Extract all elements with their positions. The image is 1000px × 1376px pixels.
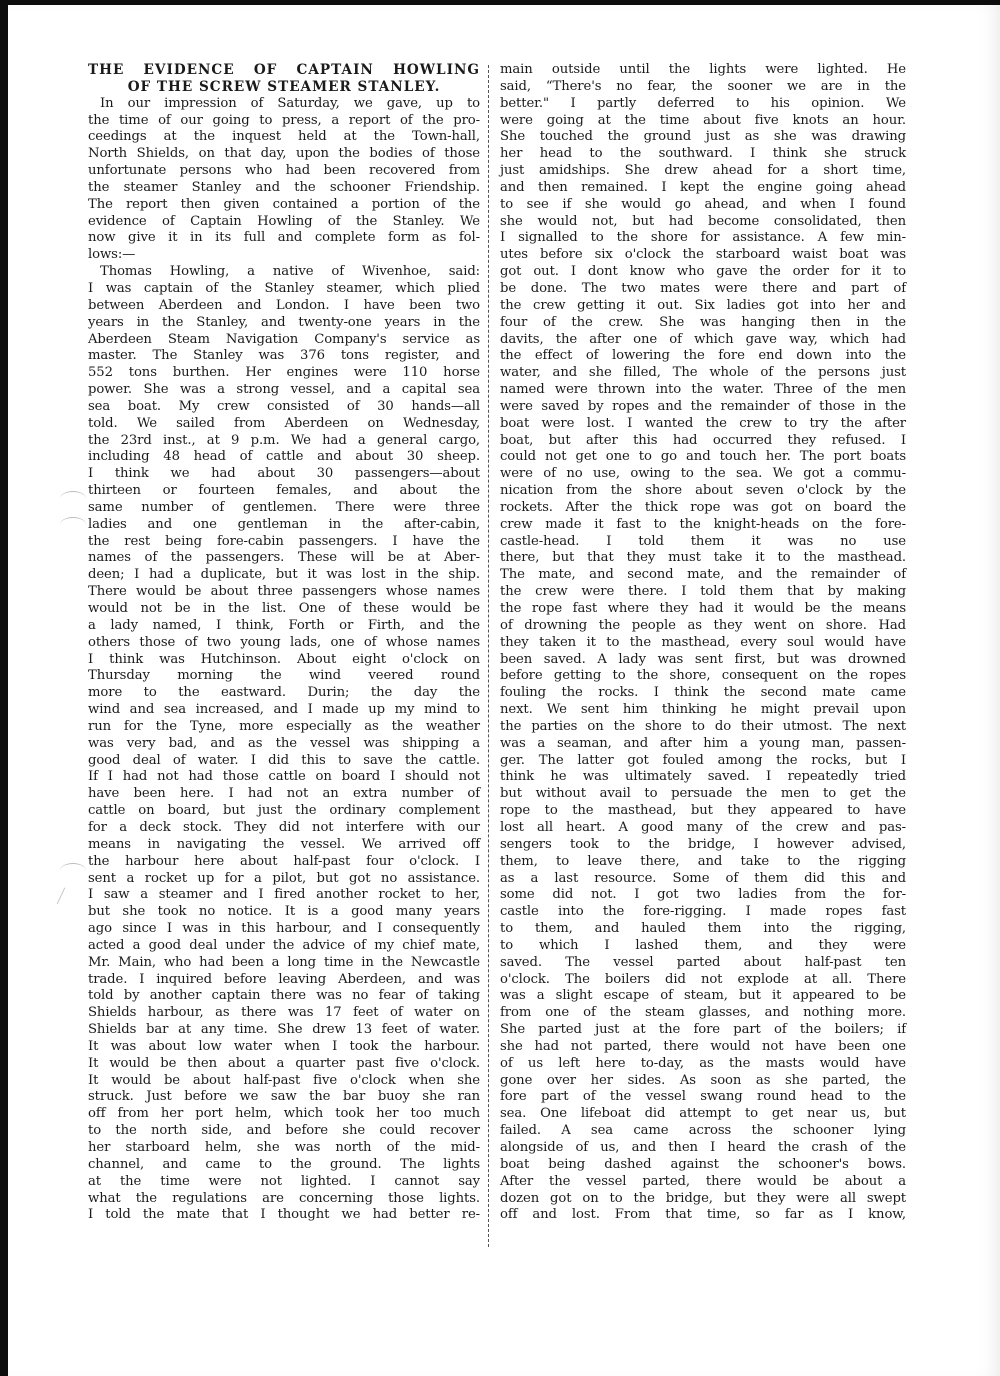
text-line: years in the Stanley, and twenty-one yea… [88, 315, 480, 332]
text-line: Shields harbour, as there was 17 feet of… [88, 1005, 480, 1022]
text-line: of us left here to-day, as the masts wou… [500, 1056, 906, 1073]
text-line: boat being dashed against the schooner's… [500, 1157, 906, 1174]
text-line: water, and she filled, The whole of the … [500, 365, 906, 382]
text-line: saved. The vessel parted about half-past… [500, 955, 906, 972]
text-line: could not get one to go and touch her. T… [500, 449, 906, 466]
text-line: the crew were there. I told them that by… [500, 584, 906, 601]
text-line: was a seaman, and after him a young man,… [500, 736, 906, 753]
text-line: main outside until the lights were light… [500, 62, 906, 79]
text-line: After the vessel parted, there would be … [500, 1174, 906, 1191]
text-line: and then remained. I kept the engine goi… [500, 180, 906, 197]
text-line: I was captain of the Stanley steamer, wh… [88, 281, 480, 298]
text-line: said, “There's no fear, the sooner we ar… [500, 79, 906, 96]
text-line: nication from the shore about seven o'cl… [500, 483, 906, 500]
text-line: to see if she would go ahead, and when I… [500, 197, 906, 214]
text-line: trade. I inquired before leaving Aberdee… [88, 972, 480, 989]
text-line: It was about low water when I took the h… [88, 1039, 480, 1056]
text-line: cattle on board, but just the ordinary c… [88, 803, 480, 820]
text-line: Thomas Howling, a native of Wivenhoe, sa… [88, 264, 480, 281]
text-line: fouling the rocks. I think the second ma… [500, 685, 906, 702]
headline-line-2: OF THE SCREW STEAMER STANLEY. [88, 79, 480, 96]
text-line: at the time were not lighted. I cannot s… [88, 1174, 480, 1191]
text-line: struck. Just before we saw the bar buoy … [88, 1089, 480, 1106]
text-line: next. We sent him thinking he might prev… [500, 702, 906, 719]
text-line: the effect of lowering the fore end down… [500, 348, 906, 365]
text-line: acted a good deal under the advice of my… [88, 938, 480, 955]
text-line: them, to leave there, and take to the ri… [500, 854, 906, 871]
text-line: North Shields, on that day, upon the bod… [88, 146, 480, 163]
text-line: ceedings at the inquest held at the Town… [88, 129, 480, 146]
text-line: boat, but after this had occurred they r… [500, 433, 906, 450]
text-line: I signalled to the shore for assistance.… [500, 230, 906, 247]
text-line: failed. A sea came across the schooner l… [500, 1123, 906, 1140]
text-line: The mate, and second mate, and the remai… [500, 567, 906, 584]
text-line: Mr. Main, who had been a long time in th… [88, 955, 480, 972]
text-line: think he was ultimately saved. I repeate… [500, 769, 906, 786]
text-line: same number of gentlemen. There were thr… [88, 500, 480, 517]
text-line: now give it in its full and complete for… [88, 230, 480, 247]
text-line: the rest being fore-cabin passengers. I … [88, 534, 480, 551]
newspaper-page: THE EVIDENCE OF CAPTAIN HOWLING OF THE S… [8, 5, 1000, 1376]
text-line: evidence of Captain Howling of the Stanl… [88, 214, 480, 231]
text-line: of drowning the people as they went on s… [500, 618, 906, 635]
text-line: to the north side, and before she could … [88, 1123, 480, 1140]
text-line: to which I lashed them, and they were [500, 938, 906, 955]
right-column: main outside until the lights were light… [500, 62, 906, 1224]
text-line: Thursday morning the wind veered round [88, 668, 480, 685]
text-line: utes before six o'clock the starboard wa… [500, 247, 906, 264]
text-line: rope to the masthead, but they appeared … [500, 803, 906, 820]
text-line: but without avail to persuade the men to… [500, 786, 906, 803]
text-line: were saved by ropes and the remainder of… [500, 399, 906, 416]
text-line: 552 tons burthen. Her engines were 110 h… [88, 365, 480, 382]
text-line: she had not parted, there would not have… [500, 1039, 906, 1056]
left-column: THE EVIDENCE OF CAPTAIN HOWLING OF THE S… [88, 62, 480, 1224]
margin-pencil-mark [60, 517, 86, 532]
text-line: crew made it fast to the knight-heads on… [500, 517, 906, 534]
text-line: off and lost. From that time, so far as … [500, 1207, 906, 1224]
text-line: four of the crew. She was hanging then i… [500, 315, 906, 332]
text-line: unfortunate persons who had been recover… [88, 163, 480, 180]
right-column-body: main outside until the lights were light… [500, 62, 906, 1224]
text-line: deen; I had a duplicate, but it was lost… [88, 567, 480, 584]
text-line: were going at the time about five knots … [500, 113, 906, 130]
text-line: others those of two young lads, one of w… [88, 635, 480, 652]
text-line: just amidships. She drew ahead for a sho… [500, 163, 906, 180]
text-line: were of no use, owing to the sea. We got… [500, 466, 906, 483]
text-line: named were thrown into the water. Three … [500, 382, 906, 399]
text-line: ger. The latter got fouled among the roc… [500, 753, 906, 770]
text-line: sengers took to the bridge, I however ad… [500, 837, 906, 854]
text-line: o'clock. The boilers did not explode at … [500, 972, 906, 989]
headline-line-1: THE EVIDENCE OF CAPTAIN HOWLING [88, 62, 480, 79]
text-line: castle-head. I told them it was no use [500, 534, 906, 551]
text-line: boat were lost. I wanted the crew to try… [500, 416, 906, 433]
text-line: as a last resource. Some of them did thi… [500, 871, 906, 888]
text-line: wind and sea increased, and I made up my… [88, 702, 480, 719]
text-line: the harbour here about half-past four o'… [88, 854, 480, 871]
text-line: There would be about three passengers wh… [88, 584, 480, 601]
text-line: It would be about half-past five o'clock… [88, 1073, 480, 1090]
text-line: what the regulations are concerning thos… [88, 1191, 480, 1208]
text-line: the parties on the shore to do their utm… [500, 719, 906, 736]
text-line: but she took no notice. It is a good man… [88, 904, 480, 921]
text-line: good deal of water. I did this to save t… [88, 753, 480, 770]
text-line: lows:— [88, 247, 480, 264]
text-line: between Aberdeen and London. I have been… [88, 298, 480, 315]
text-line: names of the passengers. These will be a… [88, 550, 480, 567]
text-line: ago since I was in this harbour, and I c… [88, 921, 480, 938]
text-line: dozen got on to the bridge, but they wer… [500, 1191, 906, 1208]
text-line: alongside of us, and then I heard the cr… [500, 1140, 906, 1157]
text-line: the time of our going to press, a report… [88, 113, 480, 130]
text-line: fore part of the vessel swang round head… [500, 1089, 906, 1106]
text-line: If I had not had those cattle on board I… [88, 769, 480, 786]
text-line: I told the mate that I thought we had be… [88, 1207, 480, 1224]
text-line: channel, and came to the ground. The lig… [88, 1157, 480, 1174]
text-line: rockets. After the thick rope was got on… [500, 500, 906, 517]
text-line: In our impression of Saturday, we gave, … [88, 96, 480, 113]
text-line: would not be in the list. One of these w… [88, 601, 480, 618]
text-line: was very bad, and as the vessel was ship… [88, 736, 480, 753]
text-line: sent a rocket up for a pilot, but got no… [88, 871, 480, 888]
text-line: power. She was a strong vessel, and a ca… [88, 382, 480, 399]
text-line: including 48 head of cattle and about 30… [88, 449, 480, 466]
text-line: sea boat. My crew consisted of 30 hands—… [88, 399, 480, 416]
margin-pencil-mark [60, 863, 86, 878]
text-line: means in navigating the vessel. We arriv… [88, 837, 480, 854]
text-line: there, but that they must take it to the… [500, 550, 906, 567]
text-line: for a deck stock. They did not interfere… [88, 820, 480, 837]
text-line: ladies and one gentleman in the after-ca… [88, 517, 480, 534]
text-line: castle into the fore-rigging. I made rop… [500, 904, 906, 921]
text-line: the crew getting it out. Six ladies got … [500, 298, 906, 315]
text-line: more to the eastward. Durin; the day the [88, 685, 480, 702]
text-line: have been here. I had not an extra numbe… [88, 786, 480, 803]
text-line: Aberdeen Steam Navigation Company's serv… [88, 332, 480, 349]
text-line: her starboard helm, she was north of the… [88, 1140, 480, 1157]
text-line: She touched the ground just as she was d… [500, 129, 906, 146]
text-line: told by another captain there was no fea… [88, 988, 480, 1005]
text-line: the rope fast where they had it would be… [500, 601, 906, 618]
text-line: the steamer Stanley and the schooner Fri… [88, 180, 480, 197]
text-line: off from her port helm, which took her t… [88, 1106, 480, 1123]
column-rule [488, 65, 489, 1247]
text-line: I think was Hutchinson. About eight o'cl… [88, 652, 480, 669]
text-line: was a slight escape of steam, but it app… [500, 988, 906, 1005]
text-line: some did not. I got two ladies from the … [500, 887, 906, 904]
text-line: davits, the after one of which gave way,… [500, 332, 906, 349]
text-line: got out. I dont know who gave the order … [500, 264, 906, 281]
text-line: been saved. A lady was sent first, but w… [500, 652, 906, 669]
text-line: be done. The two mates were there and pa… [500, 281, 906, 298]
text-line: from one of the steam glasses, and nothi… [500, 1005, 906, 1022]
text-line: better." I partly deferred to his opinio… [500, 96, 906, 113]
text-line: I think we had about 30 passengers—about [88, 466, 480, 483]
text-line: the 23rd inst., at 9 p.m. We had a gener… [88, 433, 480, 450]
text-line: lost all heart. A good many of the crew … [500, 820, 906, 837]
text-line: I saw a steamer and I fired another rock… [88, 887, 480, 904]
text-line: before getting to the shore, consequent … [500, 668, 906, 685]
text-line: She parted just at the fore part of the … [500, 1022, 906, 1039]
text-line: to them, and hauled them into the riggin… [500, 921, 906, 938]
text-line: told. We sailed from Aberdeen on Wednesd… [88, 416, 480, 433]
left-column-body: In our impression of Saturday, we gave, … [88, 96, 480, 1225]
text-line: her head to the southward. I think she s… [500, 146, 906, 163]
text-line: they taken it to the masthead, every sou… [500, 635, 906, 652]
text-line: thirteen or fourteen females, and about … [88, 483, 480, 500]
margin-pencil-mark [60, 491, 86, 506]
text-line: It would be then about a quarter past fi… [88, 1056, 480, 1073]
text-line: gone over her sides. As soon as she part… [500, 1073, 906, 1090]
text-line: The report then given contained a portio… [88, 197, 480, 214]
text-line: she would not, but had become consolidat… [500, 214, 906, 231]
text-line: run for the Tyne, more especially as the… [88, 719, 480, 736]
text-line: sea. One lifeboat did attempt to get nea… [500, 1106, 906, 1123]
margin-pencil-mark [57, 888, 75, 909]
text-line: Shields bar at any time. She drew 13 fee… [88, 1022, 480, 1039]
text-line: a lady named, I think, Forth or Firth, a… [88, 618, 480, 635]
text-line: master. The Stanley was 376 tons registe… [88, 348, 480, 365]
